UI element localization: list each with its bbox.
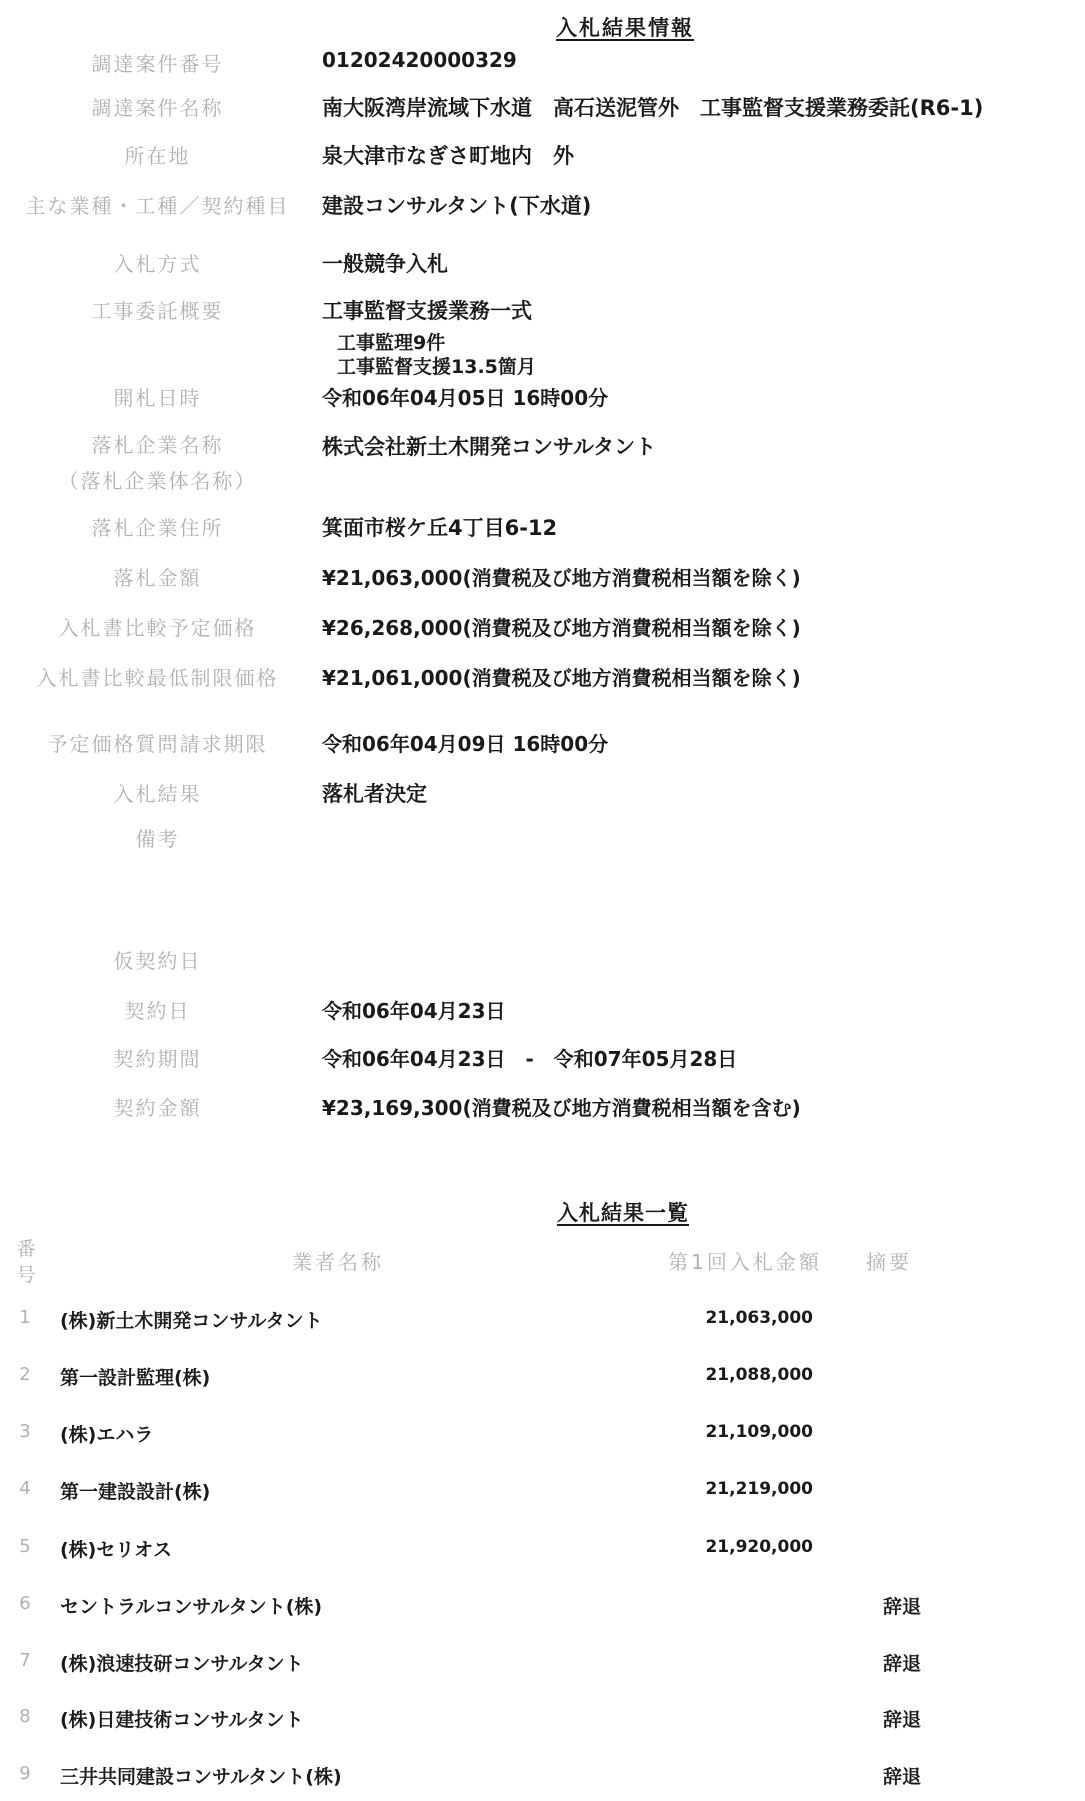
bidder-name: (株)日建技術コンサルタント: [60, 1705, 304, 1732]
field-value: 落札者決定: [322, 778, 427, 808]
field-value: 令和06年04月09日 16時00分: [322, 728, 608, 757]
field-procurement-name: 調達案件名称 南大阪湾岸流域下水道 高石送泥管外 工事監督支援業務委託(R6-1…: [0, 92, 1085, 122]
bidder-number: 3: [12, 1421, 38, 1442]
field-value: 令和06年04月23日 - 令和07年05月28日: [322, 1043, 737, 1072]
column-header-note: 摘要: [845, 1246, 933, 1275]
bidder-name: (株)浪速技研コンサルタント: [60, 1649, 304, 1676]
field-award-amount: 落札金額 ¥21,063,000(消費税及び地方消費税相当額を除く): [0, 562, 1085, 592]
field-label: 備考: [0, 823, 315, 852]
bidder-number: 2: [12, 1364, 38, 1385]
field-label: 落札企業名称 （落札企業体名称）: [0, 427, 315, 499]
column-header-bidder-name: 業者名称: [248, 1246, 428, 1275]
field-label: 落札企業住所: [0, 512, 315, 541]
field-label: 落札金額: [0, 562, 315, 591]
result-row-4: 4 第一建設設計(株) 21,219,000: [0, 1477, 1085, 1505]
bid-amount: 21,088,000: [610, 1365, 813, 1385]
bid-result-page: 入札結果情報 調達案件番号 01202420000329 調達案件名称 南大阪湾…: [0, 0, 1085, 1801]
field-value: ¥26,268,000(消費税及び地方消費税相当額を除く): [322, 612, 801, 641]
bidder-name: 第一設計監理(株): [60, 1363, 210, 1390]
field-label: 入札書比較最低制限価格: [0, 662, 315, 691]
field-remarks: 備考: [0, 823, 1085, 853]
bid-note: 辞退: [883, 1592, 921, 1619]
results-section-title: 入札結果一覧: [557, 1197, 689, 1227]
field-contract-period: 契約期間 令和06年04月23日 - 令和07年05月28日: [0, 1043, 1085, 1073]
column-header-number: 番 号: [12, 1236, 40, 1288]
field-label: 仮契約日: [0, 945, 315, 974]
field-value: ¥21,061,000(消費税及び地方消費税相当額を除く): [322, 662, 801, 691]
field-label: 入札方式: [0, 248, 315, 277]
field-label-line2: （落札企業体名称）: [0, 463, 315, 499]
bidder-name: (株)新土木開発コンサルタント: [60, 1306, 323, 1333]
field-value-line2: 工事監理9件: [337, 328, 445, 355]
field-label: 所在地: [0, 140, 315, 169]
field-value: 令和06年04月05日 16時00分: [322, 382, 608, 411]
bid-amount: 21,063,000: [610, 1308, 813, 1328]
field-winner-address: 落札企業住所 箕面市桜ケ丘4丁目6-12: [0, 512, 1085, 542]
field-price-question-deadline: 予定価格質問請求期限 令和06年04月09日 16時00分: [0, 728, 1085, 758]
field-value: 箕面市桜ケ丘4丁目6-12: [322, 512, 557, 542]
field-value: ¥21,063,000(消費税及び地方消費税相当額を除く): [322, 562, 801, 591]
field-value: ¥23,169,300(消費税及び地方消費税相当額を含む): [322, 1092, 801, 1121]
bidder-name: 第一建設設計(株): [60, 1477, 210, 1504]
field-value: 建設コンサルタント(下水道): [322, 190, 591, 220]
field-label: 開札日時: [0, 382, 315, 411]
page-title: 入札結果情報: [556, 12, 694, 42]
field-label: 契約金額: [0, 1092, 315, 1121]
field-label: 契約日: [0, 995, 315, 1024]
field-value: 株式会社新土木開発コンサルタント: [322, 431, 656, 461]
field-location: 所在地 泉大津市なぎさ町地内 外: [0, 140, 1085, 170]
bid-amount: 21,920,000: [610, 1537, 813, 1557]
bidder-number: 6: [12, 1593, 38, 1614]
bidder-number: 5: [12, 1536, 38, 1557]
bidder-name: 三井共同建設コンサルタント(株): [60, 1762, 342, 1789]
bid-note: 辞退: [883, 1705, 921, 1732]
field-value: 泉大津市なぎさ町地内 外: [322, 140, 574, 170]
field-label: 主な業種・工種／契約種目: [0, 190, 315, 219]
result-row-5: 5 (株)セリオス 21,920,000: [0, 1535, 1085, 1563]
result-row-2: 2 第一設計監理(株) 21,088,000: [0, 1363, 1085, 1391]
field-contract-amount: 契約金額 ¥23,169,300(消費税及び地方消費税相当額を含む): [0, 1092, 1085, 1122]
column-header-number-line1: 番: [12, 1236, 40, 1262]
result-row-8: 8 (株)日建技術コンサルタント 辞退: [0, 1705, 1085, 1733]
field-provisional-contract-date: 仮契約日: [0, 945, 1085, 975]
field-category: 主な業種・工種／契約種目 建設コンサルタント(下水道): [0, 190, 1085, 220]
field-work-overview: 工事委託概要 工事監督支援業務一式 工事監理9件 工事監督支援13.5箇月: [0, 295, 1085, 379]
field-label: 調達案件名称: [0, 92, 315, 121]
field-label: 入札結果: [0, 778, 315, 807]
field-bid-result: 入札結果 落札者決定: [0, 778, 1085, 808]
field-opening-datetime: 開札日時 令和06年04月05日 16時00分: [0, 382, 1085, 412]
column-header-number-line2: 号: [12, 1262, 40, 1288]
result-row-6: 6 セントラルコンサルタント(株) 辞退: [0, 1592, 1085, 1620]
field-value: 一般競争入札: [322, 248, 448, 278]
field-label: 予定価格質問請求期限: [0, 728, 315, 757]
result-row-7: 7 (株)浪速技研コンサルタント 辞退: [0, 1649, 1085, 1677]
field-label-line1: 落札企業名称: [0, 427, 315, 463]
field-label: 契約期間: [0, 1043, 315, 1072]
bid-amount: 21,219,000: [610, 1479, 813, 1499]
field-label: 入札書比較予定価格: [0, 612, 315, 641]
column-header-first-bid-amount: 第1回入札金額: [645, 1246, 845, 1275]
bidder-number: 8: [12, 1706, 38, 1727]
bidder-name: (株)セリオス: [60, 1535, 172, 1562]
bidder-name: (株)エハラ: [60, 1420, 153, 1447]
field-value-line3: 工事監督支援13.5箇月: [337, 352, 536, 379]
bidder-name: セントラルコンサルタント(株): [60, 1592, 322, 1619]
bid-amount: 21,109,000: [610, 1422, 813, 1442]
field-label: 工事委託概要: [0, 295, 315, 324]
field-planned-price: 入札書比較予定価格 ¥26,268,000(消費税及び地方消費税相当額を除く): [0, 612, 1085, 642]
field-contract-date: 契約日 令和06年04月23日: [0, 995, 1085, 1025]
result-row-9: 9 三井共同建設コンサルタント(株) 辞退: [0, 1762, 1085, 1790]
field-label: 調達案件番号: [0, 48, 315, 77]
bid-note: 辞退: [883, 1762, 921, 1789]
field-bid-method: 入札方式 一般競争入札: [0, 248, 1085, 278]
field-procurement-no: 調達案件番号 01202420000329: [0, 48, 1085, 78]
field-winner-name: 落札企業名称 （落札企業体名称） 株式会社新土木開発コンサルタント: [0, 427, 1085, 493]
result-row-1: 1 (株)新土木開発コンサルタント 21,063,000: [0, 1306, 1085, 1334]
bidder-number: 1: [12, 1307, 38, 1328]
field-value: 令和06年04月23日: [322, 995, 506, 1024]
bidder-number: 7: [12, 1650, 38, 1671]
bidder-number: 4: [12, 1478, 38, 1499]
field-value-line1: 工事監督支援業務一式: [322, 295, 532, 325]
bid-note: 辞退: [883, 1649, 921, 1676]
field-min-limit-price: 入札書比較最低制限価格 ¥21,061,000(消費税及び地方消費税相当額を除く…: [0, 662, 1085, 692]
field-value: 01202420000329: [322, 48, 517, 72]
field-value: 南大阪湾岸流域下水道 高石送泥管外 工事監督支援業務委託(R6-1): [322, 92, 983, 122]
bidder-number: 9: [12, 1763, 38, 1784]
result-row-3: 3 (株)エハラ 21,109,000: [0, 1420, 1085, 1448]
